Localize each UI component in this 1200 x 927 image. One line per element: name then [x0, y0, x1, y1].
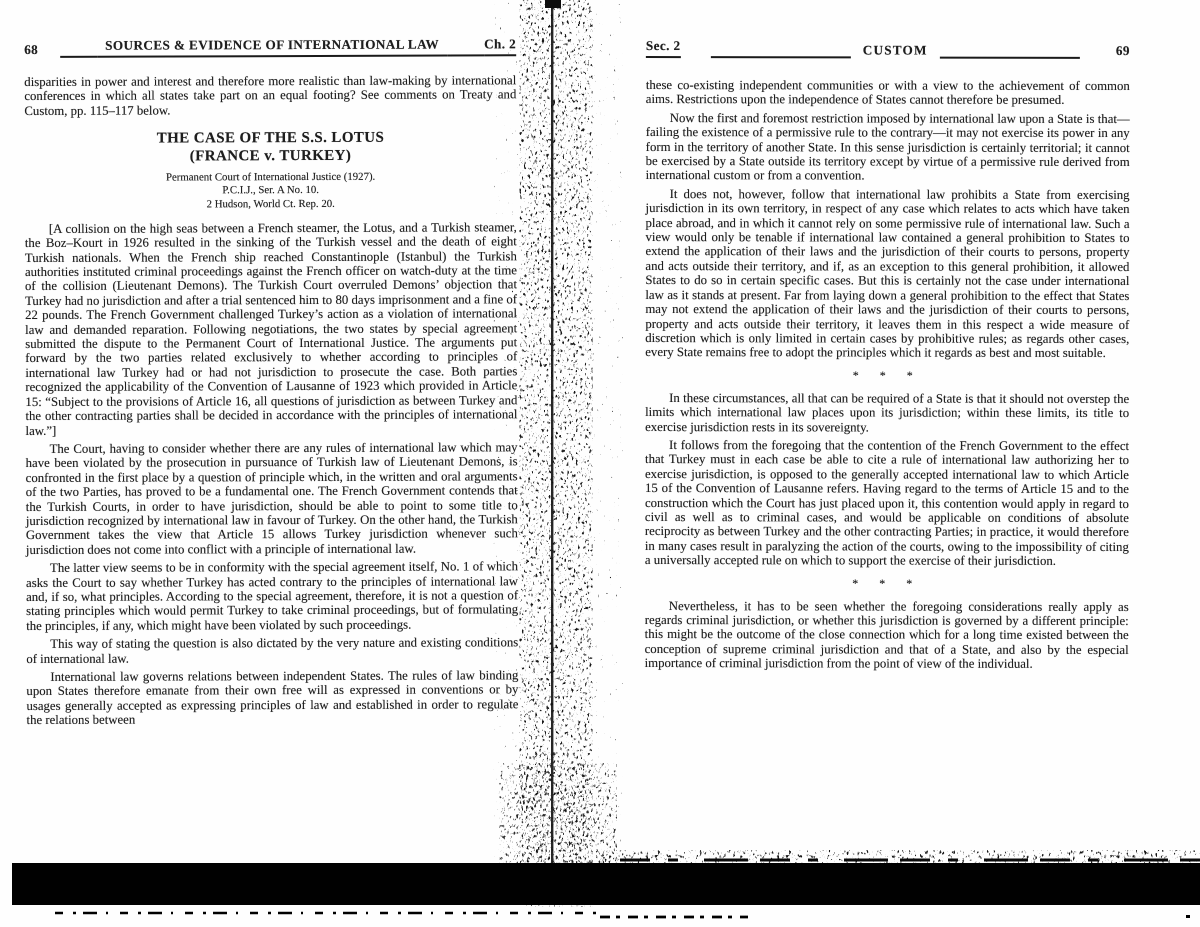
scan-noise-dashes: [55, 913, 1190, 918]
asterisk-divider: * * *: [645, 576, 1129, 591]
body-paragraph: This way of stating the question is also…: [26, 635, 518, 666]
body-paragraph: It does not, however, follow that intern…: [645, 187, 1129, 361]
body-paragraph: these co-existing independent communitie…: [646, 78, 1130, 108]
body-paragraph: [A collision on the high seas between a …: [25, 220, 518, 438]
citation-line-hudson: 2 Hudson, World Ct. Rep. 20.: [25, 197, 517, 212]
bottom-scan-bar: [12, 851, 1200, 905]
book-scan: 68 SOURCES & EVIDENCE OF INTERNATIONAL L…: [0, 0, 1200, 927]
header-rule: [447, 51, 484, 56]
case-title-line2: (FRANCE v. TURKEY): [25, 147, 517, 166]
asterisk-divider: * * *: [645, 368, 1129, 383]
header-rule: [940, 54, 1080, 59]
right-page: Sec. 2 CUSTOM 69 these co-existing indep…: [645, 0, 1130, 676]
body-paragraph: The Court, having to consider whether th…: [26, 440, 518, 557]
body-paragraph: The latter view seems to be in conformit…: [26, 559, 518, 633]
header-rule: [711, 53, 851, 58]
right-running-header: Sec. 2 CUSTOM 69: [646, 38, 1130, 59]
left-page-number: 68: [24, 42, 38, 58]
left-page: 68 SOURCES & EVIDENCE OF INTERNATIONAL L…: [24, 0, 519, 732]
spine-gutter-noise: [512, 0, 604, 863]
section-label: Sec. 2: [646, 38, 681, 58]
body-paragraph: Nevertheless, it has to be seen whether …: [645, 599, 1129, 672]
case-title-line1: THE CASE OF THE S.S. LOTUS: [24, 130, 516, 149]
left-running-title: SOURCES & EVIDENCE OF INTERNATIONAL LAW: [97, 37, 447, 58]
body-paragraph: It follows from the foregoing that the c…: [645, 438, 1129, 569]
left-running-header: 68 SOURCES & EVIDENCE OF INTERNATIONAL L…: [24, 36, 516, 58]
header-rule: [60, 53, 97, 58]
right-page-number: 69: [1116, 43, 1130, 59]
body-paragraph: In these circumstances, all that can be …: [645, 391, 1129, 435]
body-paragraph: International law governs relations betw…: [26, 668, 518, 727]
chapter-label: Ch. 2: [484, 36, 516, 56]
right-running-title: CUSTOM: [863, 42, 928, 58]
intro-paragraph: disparities in power and interest and th…: [24, 73, 516, 118]
body-paragraph: Now the first and foremost restriction i…: [646, 111, 1130, 184]
